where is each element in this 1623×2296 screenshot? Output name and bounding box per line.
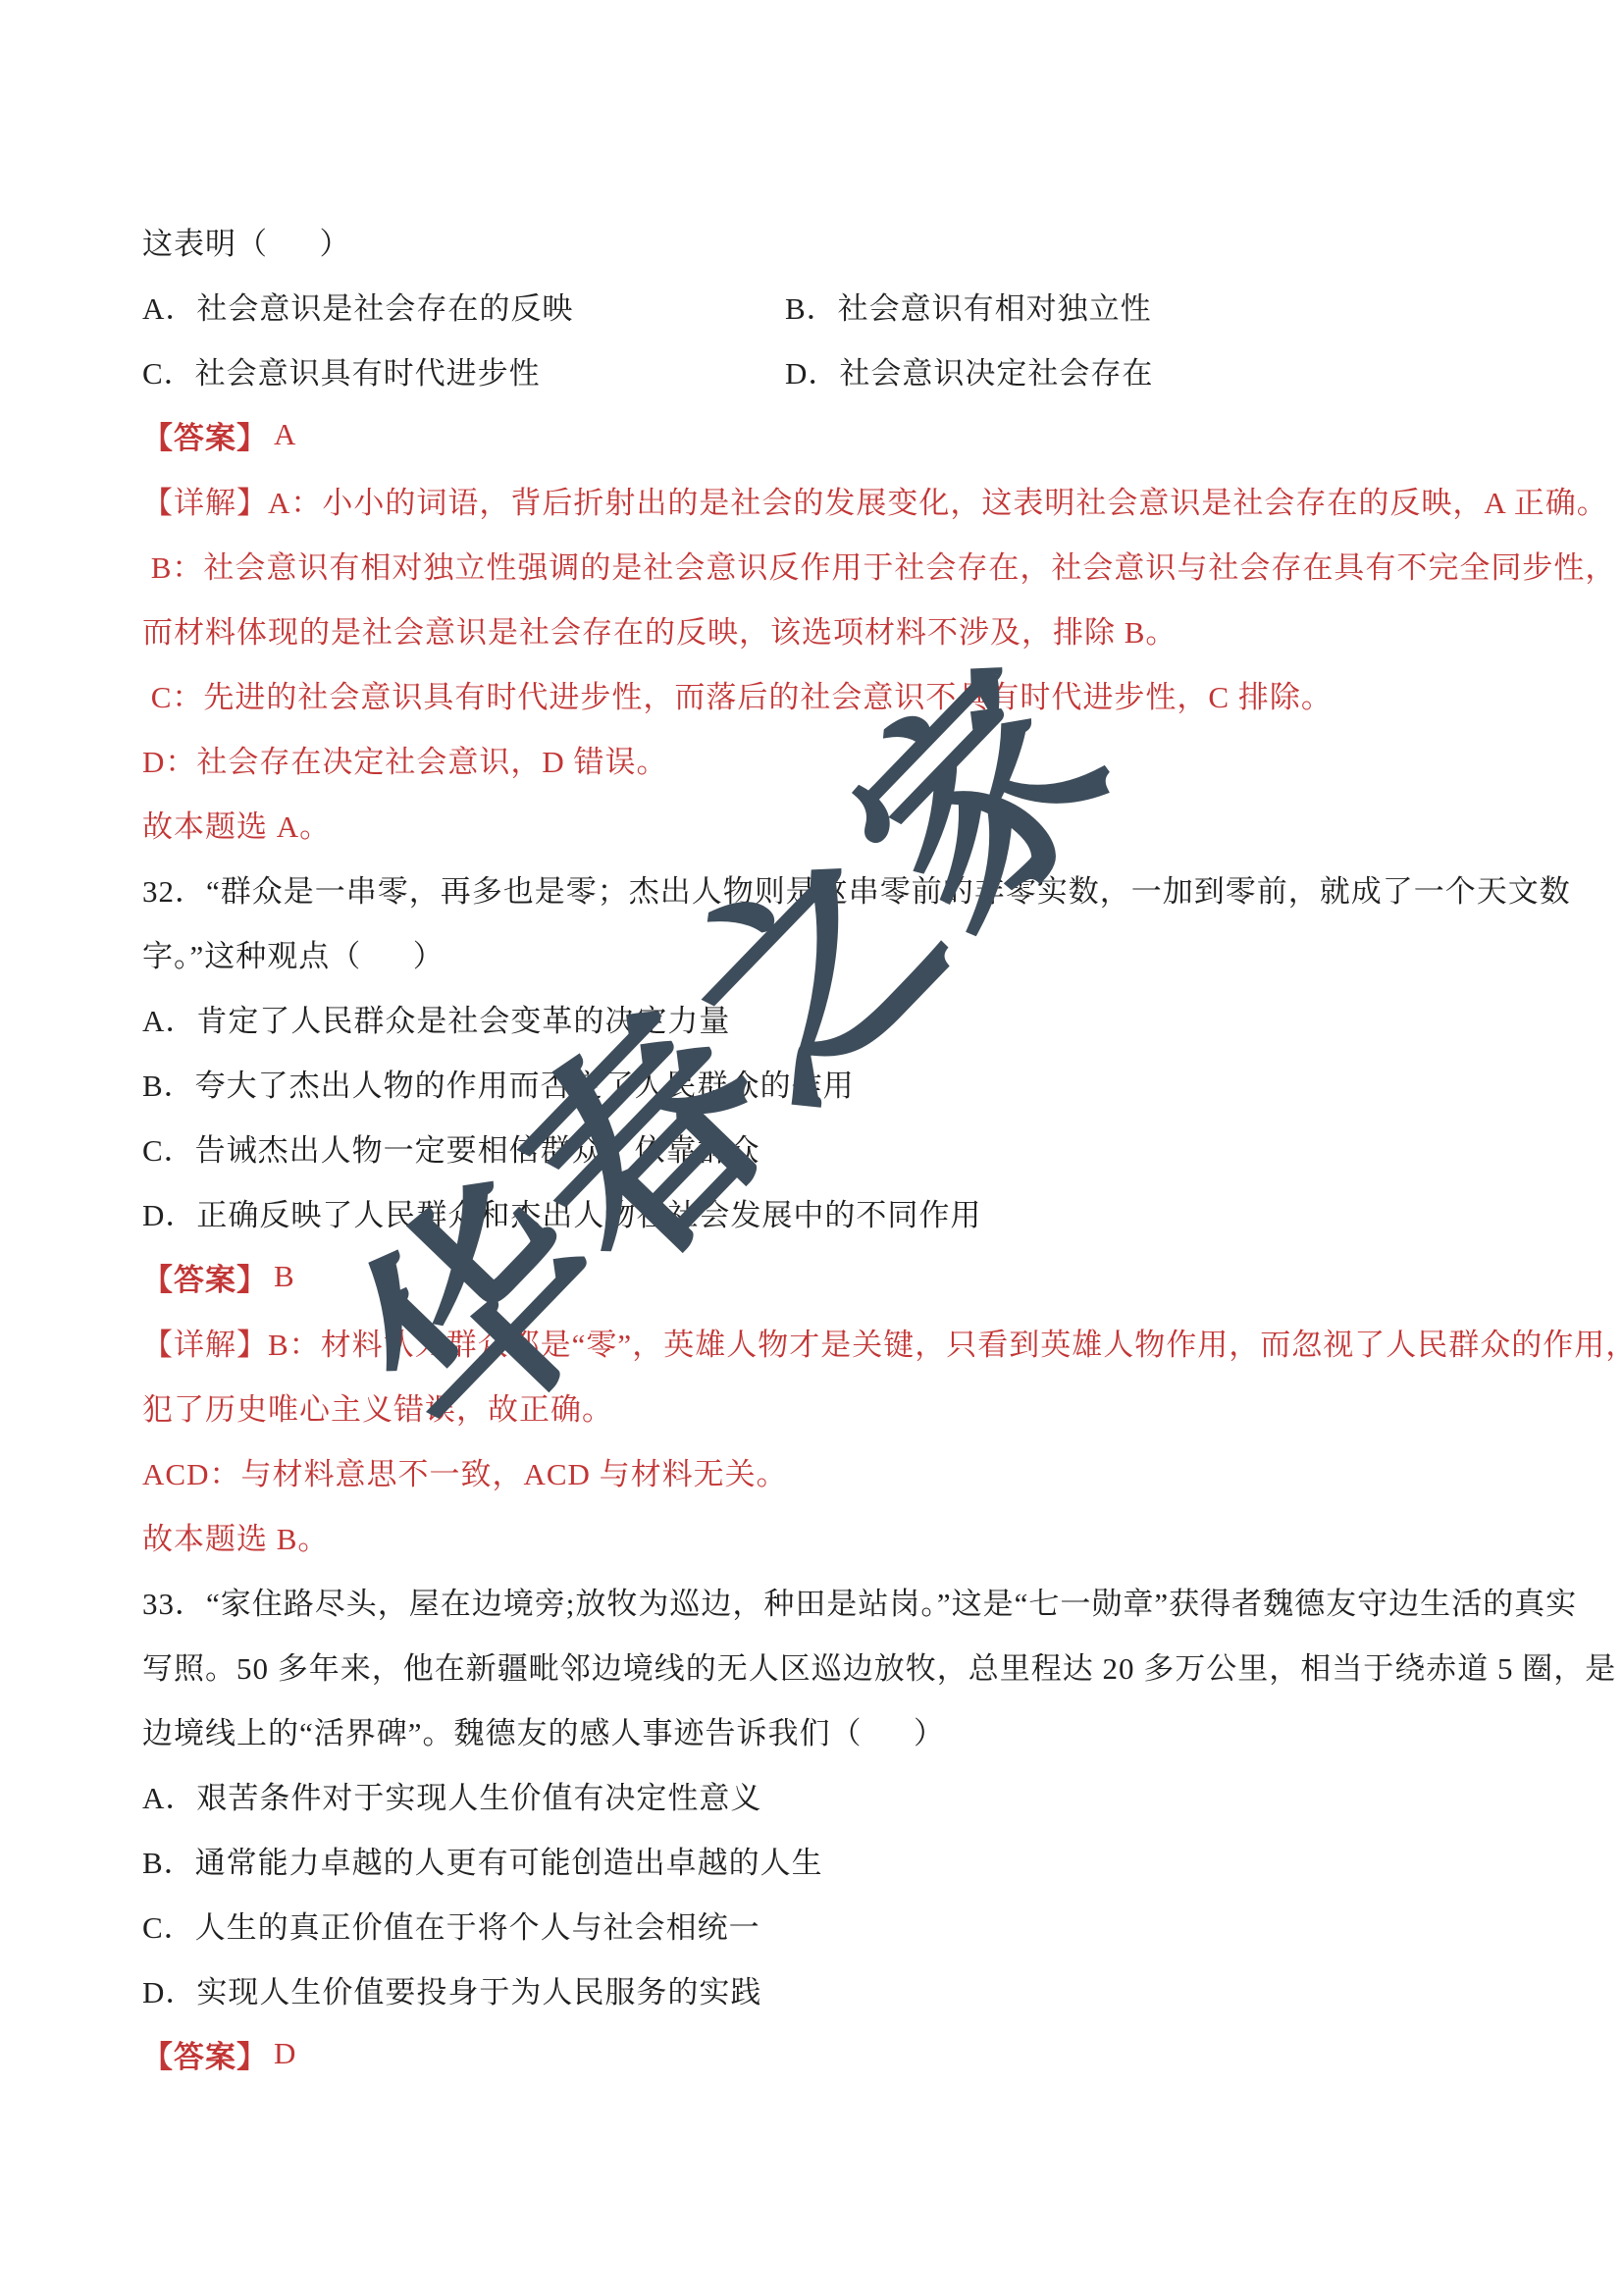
- q32-explain-line-2: 犯了历史唯心主义错误，故正确。: [142, 1374, 1545, 1438]
- q32-option-c: C．告诫杰出人物一定要相信群众、依靠群众: [142, 1115, 1545, 1179]
- q33-answer-value: D: [274, 2036, 296, 2071]
- q31-options-row-cd: C．社会意识具有时代进步性 D．社会意识决定社会存在: [142, 338, 1545, 402]
- q32-option-a: A．肯定了人民群众是社会变革的决定力量: [142, 985, 1545, 1050]
- q32-stem-line-1: 32．“群众是一串零，再多也是零；杰出人物则是这串零前的非零实数，一加到零前，就…: [142, 856, 1545, 920]
- q31-explain-line-3: 而材料体现的是社会意识是社会存在的反映，该选项材料不涉及，排除 B。: [142, 597, 1545, 661]
- document-page: 这表明（ ） A．社会意识是社会存在的反映 B．社会意识有相对独立性 C．社会意…: [0, 0, 1623, 2296]
- q32-answer-label: 【答案】: [142, 1255, 268, 1299]
- q33-option-a: A．艰苦条件对于实现人生价值有决定性意义: [142, 1762, 1545, 1827]
- q31-explain-line-2: B：社会意识有相对独立性强调的是社会意识反作用于社会存在，社会意识与社会存在具有…: [142, 532, 1545, 597]
- q31-conclusion: 故本题选 A。: [142, 791, 1545, 856]
- q33-option-d: D．实现人生价值要投身于为人民服务的实践: [142, 1957, 1545, 2021]
- q31-answer-row: 【答案】 A: [142, 402, 1545, 467]
- q31-option-a: A．社会意识是社会存在的反映: [142, 284, 785, 328]
- q31-explain-line-4: C：先进的社会意识具有时代进步性，而落后的社会意识不具有时代进步性，C 排除。: [142, 661, 1545, 726]
- q32-answer-value: B: [274, 1259, 295, 1294]
- q31-explain-line-5: D：社会存在决定社会意识，D 错误。: [142, 726, 1545, 791]
- q31-options-row-ab: A．社会意识是社会存在的反映 B．社会意识有相对独立性: [142, 273, 1545, 338]
- q33-answer-row: 【答案】 D: [142, 2021, 1545, 2086]
- q31-option-b: B．社会意识有相对独立性: [785, 284, 1152, 328]
- q32-option-b: B．夸大了杰出人物的作用而否定了人民群众的作用: [142, 1050, 1545, 1115]
- q31-explain-line-1: 【详解】A：小小的词语，背后折射出的是社会的发展变化，这表明社会意识是社会存在的…: [142, 467, 1545, 532]
- q31-option-c: C．社会意识具有时代进步性: [142, 348, 785, 392]
- q33-stem-line-3: 边境线上的“活界碑”。魏德友的感人事迹告诉我们（ ）: [142, 1697, 1545, 1762]
- q31-option-d: D．社会意识决定社会存在: [785, 348, 1153, 392]
- q31-stem-tail: 这表明（ ）: [142, 208, 1545, 273]
- q32-option-d: D．正确反映了人民群众和杰出人物在社会发展中的不同作用: [142, 1179, 1545, 1244]
- q32-stem-line-2: 字。”这种观点（ ）: [142, 920, 1545, 985]
- q31-answer-label: 【答案】: [142, 413, 268, 457]
- q33-option-b: B．通常能力卓越的人更有可能创造出卓越的人生: [142, 1827, 1545, 1892]
- q33-answer-label: 【答案】: [142, 2032, 268, 2076]
- q32-explain-line-1: 【详解】B：材料认为群众都是“零”，英雄人物才是关键，只看到英雄人物作用，而忽视…: [142, 1309, 1545, 1374]
- q33-stem-line-1: 33．“家住路尽头，屋在边境旁;放牧为巡边，种田是站岗。”这是“七一勋章”获得者…: [142, 1568, 1545, 1633]
- q33-stem-line-2: 写照。50 多年来，他在新疆毗邻边境线的无人区巡边放牧，总里程达 20 多万公里…: [142, 1633, 1545, 1697]
- q32-explain-line-3: ACD：与材料意思不一致，ACD 与材料无关。: [142, 1438, 1545, 1503]
- q32-answer-row: 【答案】 B: [142, 1244, 1545, 1309]
- q32-conclusion: 故本题选 B。: [142, 1503, 1545, 1568]
- document-content: 这表明（ ） A．社会意识是社会存在的反映 B．社会意识有相对独立性 C．社会意…: [142, 208, 1545, 2086]
- q33-option-c: C．人生的真正价值在于将个人与社会相统一: [142, 1892, 1545, 1957]
- q31-answer-value: A: [274, 417, 296, 452]
